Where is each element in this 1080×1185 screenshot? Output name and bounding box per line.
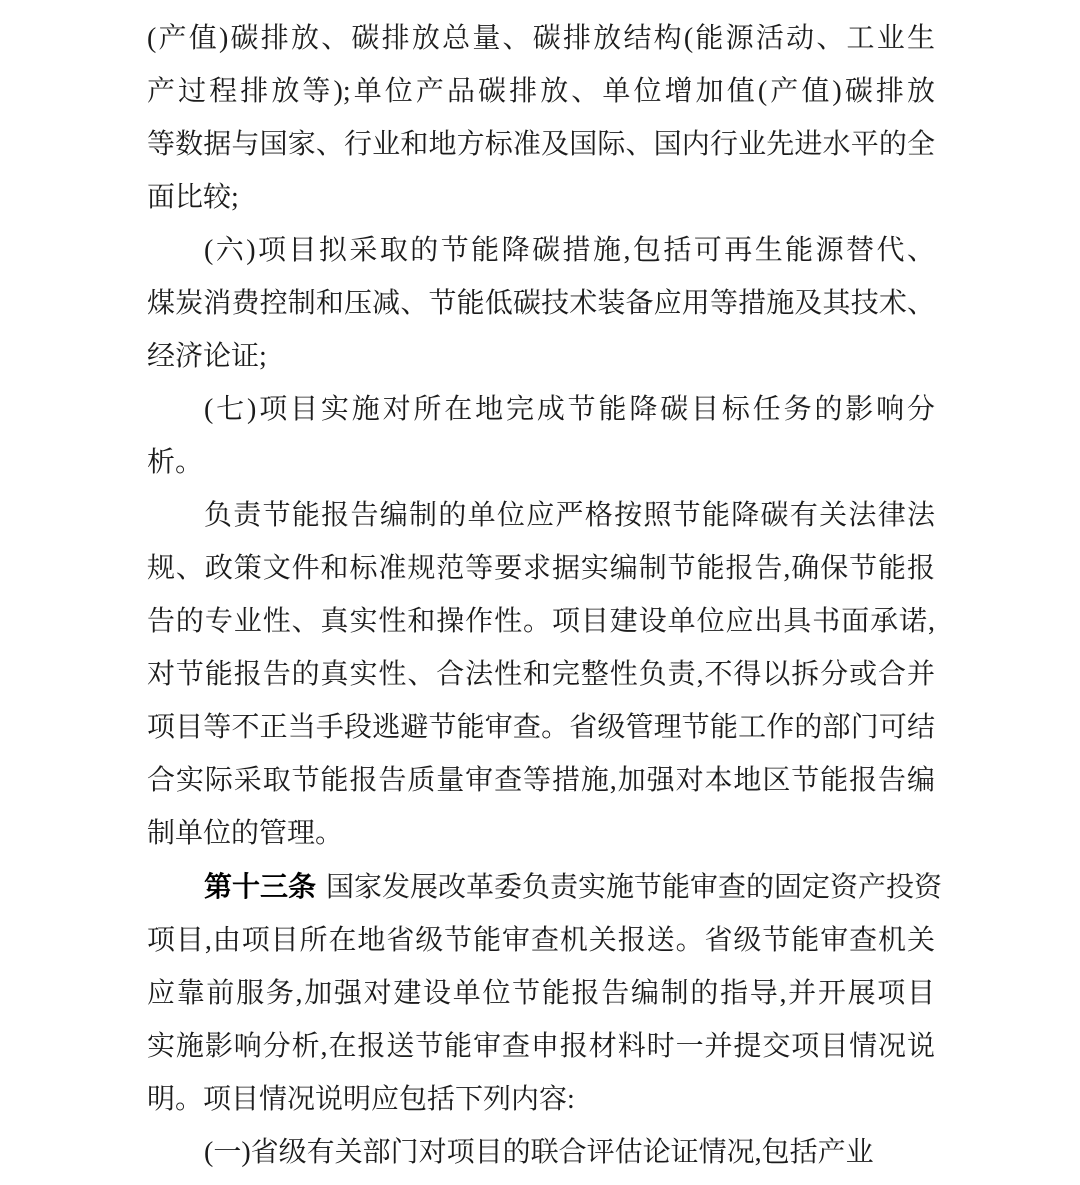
paragraph: 负责节能报告编制的单位应严格按照节能降碳有关法律法规、政策文件和标准规范等要求据… (147, 489, 935, 860)
text-line: (七)项目实施对所在地完成节能降碳目标任务的影响分 (147, 383, 935, 436)
article-number: 第十三条 (204, 871, 316, 902)
text-line: 项目,由项目所在地省级节能审查机关报送。省级节能审查机关 (147, 914, 935, 967)
paragraph: 第十三条国家发展改革委负责实施节能审查的固定资产投资项目,由项目所在地省级节能审… (147, 860, 935, 1126)
text-line: 第十三条国家发展改革委负责实施节能审查的固定资产投资 (147, 860, 935, 914)
text-line: 项目等不正当手段逃避节能审查。省级管理节能工作的部门可结 (147, 701, 935, 754)
text-line: (一)省级有关部门对项目的联合评估论证情况,包括产业 (147, 1126, 935, 1179)
text-line: (产值)碳排放、碳排放总量、碳排放结构(能源活动、工业生 (147, 12, 935, 65)
paragraph: (产值)碳排放、碳排放总量、碳排放结构(能源活动、工业生产过程排放等);单位产品… (147, 12, 935, 224)
text-line: 煤炭消费控制和压减、节能低碳技术装备应用等措施及其技术、 (147, 277, 935, 330)
text-line: 产过程排放等);单位产品碳排放、单位增加值(产值)碳排放 (147, 65, 935, 118)
paragraph: (七)项目实施对所在地完成节能降碳目标任务的影响分析。 (147, 383, 935, 489)
text-line: 经济论证; (147, 330, 935, 383)
text-line: 实施影响分析,在报送节能审查申报材料时一并提交项目情况说 (147, 1020, 935, 1073)
text-line: 明。项目情况说明应包括下列内容: (147, 1073, 935, 1126)
text-line: 面比较; (147, 171, 935, 224)
paragraph: (六)项目拟采取的节能降碳措施,包括可再生能源替代、煤炭消费控制和压减、节能低碳… (147, 224, 935, 383)
text-line: 告的专业性、真实性和操作性。项目建设单位应出具书面承诺, (147, 595, 935, 648)
text-line: 制单位的管理。 (147, 807, 935, 860)
text-line: 负责节能报告编制的单位应严格按照节能降碳有关法律法 (147, 489, 935, 542)
text-line: 对节能报告的真实性、合法性和完整性负责,不得以拆分或合并 (147, 648, 935, 701)
text-line: 应靠前服务,加强对建设单位节能报告编制的指导,并开展项目 (147, 967, 935, 1020)
document-page: (产值)碳排放、碳排放总量、碳排放结构(能源活动、工业生产过程排放等);单位产品… (0, 0, 1080, 1185)
text-line: 合实际采取节能报告质量审查等措施,加强对本地区节能报告编 (147, 754, 935, 807)
text-line: 等数据与国家、行业和地方标准及国际、国内行业先进水平的全 (147, 118, 935, 171)
text-line: 析。 (147, 436, 935, 489)
line-text: 国家发展改革委负责实施节能审查的固定资产投资 (326, 872, 942, 903)
text-line: (六)项目拟采取的节能降碳措施,包括可再生能源替代、 (147, 224, 935, 277)
paragraph: (一)省级有关部门对项目的联合评估论证情况,包括产业 (147, 1126, 935, 1179)
document-body: (产值)碳排放、碳排放总量、碳排放结构(能源活动、工业生产过程排放等);单位产品… (147, 12, 935, 1179)
text-line: 规、政策文件和标准规范等要求据实编制节能报告,确保节能报 (147, 542, 935, 595)
